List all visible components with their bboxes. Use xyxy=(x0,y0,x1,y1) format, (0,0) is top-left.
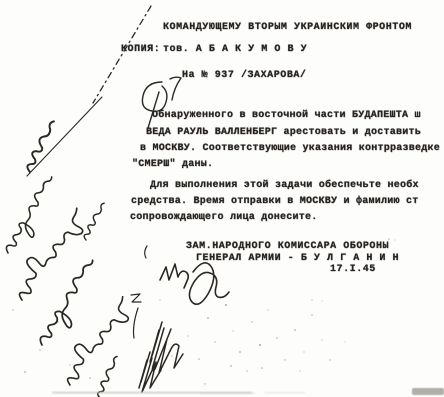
scan-smudges xyxy=(52,388,444,395)
body-par1-line4: "СМЕРШ" даны. xyxy=(132,159,213,170)
signature-title-1: ЗАМ.НАРОДНОГО КОМИССАРА ОБОРОНЫ xyxy=(186,241,389,252)
body-par2-line2: средства. Время отправки в МОСКВУ и фами… xyxy=(131,196,419,207)
body-par1-line1: Обнаруженного в восточной части БУДАПЕШТ… xyxy=(152,110,421,121)
addressee-line: КОМАНДУЮЩЕМУ ВТОРЫМ УКРАИНСКИМ ФРОНТОМ xyxy=(163,22,412,33)
margin-note-top xyxy=(22,97,102,176)
body-par1-line3: в МОСКВУ. Соответствующие указания контр… xyxy=(140,143,440,154)
signature-date: 17.I.45 xyxy=(330,264,376,275)
copy-label: КОПИЯ: xyxy=(121,44,160,55)
signature-scribble-bottom xyxy=(134,308,184,392)
reference-number: На № 937 /ЗАХАРОВА/ xyxy=(182,70,306,81)
signature-title-2: ГЕНЕРАЛ АРМИИ - Б У Л Г А Н И Н xyxy=(196,253,399,264)
body-par2-line3: сопровождающего лица донесите. xyxy=(130,212,318,223)
body-par2-line1: Для выполнения этой задачи обеспечьте не… xyxy=(150,180,419,191)
body-par1-line2: ВЕДА РАУЛЬ ВАЛЛЕНБЕРГ арестовать и доста… xyxy=(146,127,421,138)
copy-addressee: тов. А Б А К У М О В У xyxy=(163,44,307,55)
scanned-document-page: КОМАНДУЮЩЕМУ ВТОРЫМ УКРАИНСКИМ ФРОНТОМ К… xyxy=(0,0,444,397)
margin-handwriting xyxy=(0,174,137,397)
